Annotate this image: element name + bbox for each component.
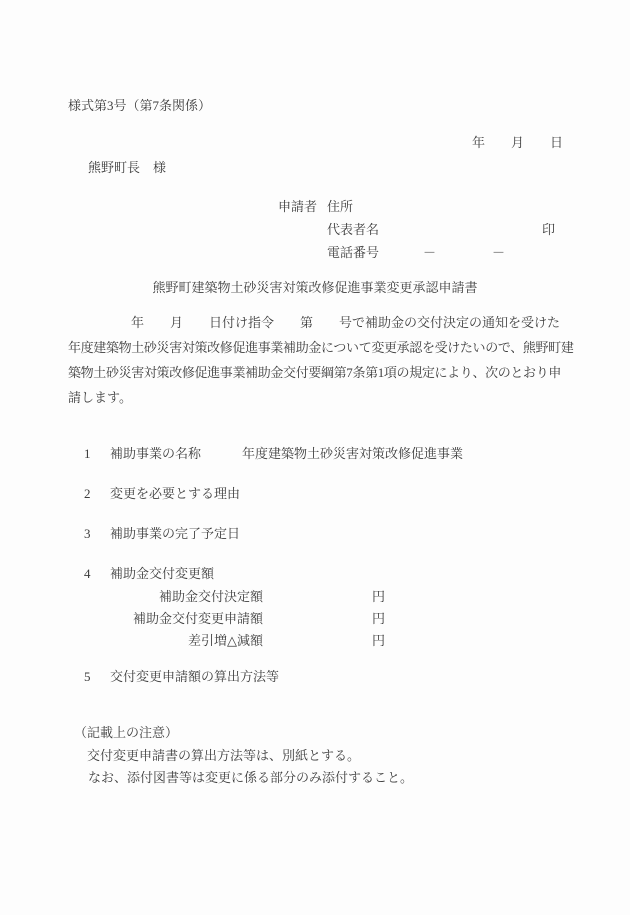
item-1-number: 1 [84, 446, 91, 463]
note-line-2: なお、添付図書等は変更に係る部分のみ添付すること。 [88, 770, 413, 787]
addressee-line: 熊野町長 様 [88, 160, 166, 177]
applicant-label: 申請者 [278, 199, 317, 216]
body-line-4: 請します。 [68, 390, 132, 407]
form-number: 様式第3号（第7条関係） [68, 98, 211, 115]
phone-dash-2: － [492, 245, 505, 262]
item-3-label: 補助事業の完了予定日 [110, 526, 240, 543]
amount-row-3-unit: 円 [372, 633, 385, 650]
amount-row-3-label: 差引増△減額 [68, 633, 263, 650]
seal-mark: 印 [542, 222, 555, 239]
address-label: 住所 [327, 199, 353, 216]
amount-row-1-unit: 円 [372, 589, 385, 606]
body-line-1: 年 月 日付け指令 第 号で補助金の交付決定の通知を受けた [131, 315, 560, 332]
item-5-label: 交付変更申請額の算出方法等 [110, 669, 279, 686]
item-4-number: 4 [84, 566, 91, 583]
phone-dash-1: － [423, 245, 436, 262]
phone-label: 電話番号 [327, 245, 379, 262]
amount-row-2-label: 補助金交付変更申請額 [68, 611, 263, 628]
date-line: 年 月 日 [472, 135, 563, 152]
item-2-label: 変更を必要とする理由 [110, 486, 240, 503]
document-title: 熊野町建築物土砂災害対策改修促進事業変更承認申請書 [0, 280, 630, 297]
item-4-label: 補助金交付変更額 [110, 566, 214, 583]
amount-row-1-label: 補助金交付決定額 [68, 589, 263, 606]
item-1-value: 年度建築物土砂災害対策改修促進事業 [242, 446, 463, 463]
note-line-1: 交付変更申請書の算出方法等は、別紙とする。 [87, 748, 360, 765]
amount-row-2-unit: 円 [372, 611, 385, 628]
item-3-number: 3 [84, 526, 91, 543]
representative-label: 代表者名 [327, 222, 379, 239]
item-2-number: 2 [84, 486, 91, 503]
body-line-2: 年度建築物土砂災害対策改修促進事業補助金について変更承認を受けたいので、熊野町建 [68, 340, 568, 357]
item-1-label: 補助事業の名称 [110, 446, 201, 463]
document-page: 様式第3号（第7条関係） 年 月 日 熊野町長 様 申請者 住所 代表者名 印 … [0, 0, 630, 915]
item-5-number: 5 [84, 669, 91, 686]
notes-heading: （記載上の注意） [74, 725, 178, 742]
body-line-3: 築物土砂災害対策改修促進事業補助金交付要綱第7条第1項の規定により、次のとおり申 [68, 365, 568, 382]
